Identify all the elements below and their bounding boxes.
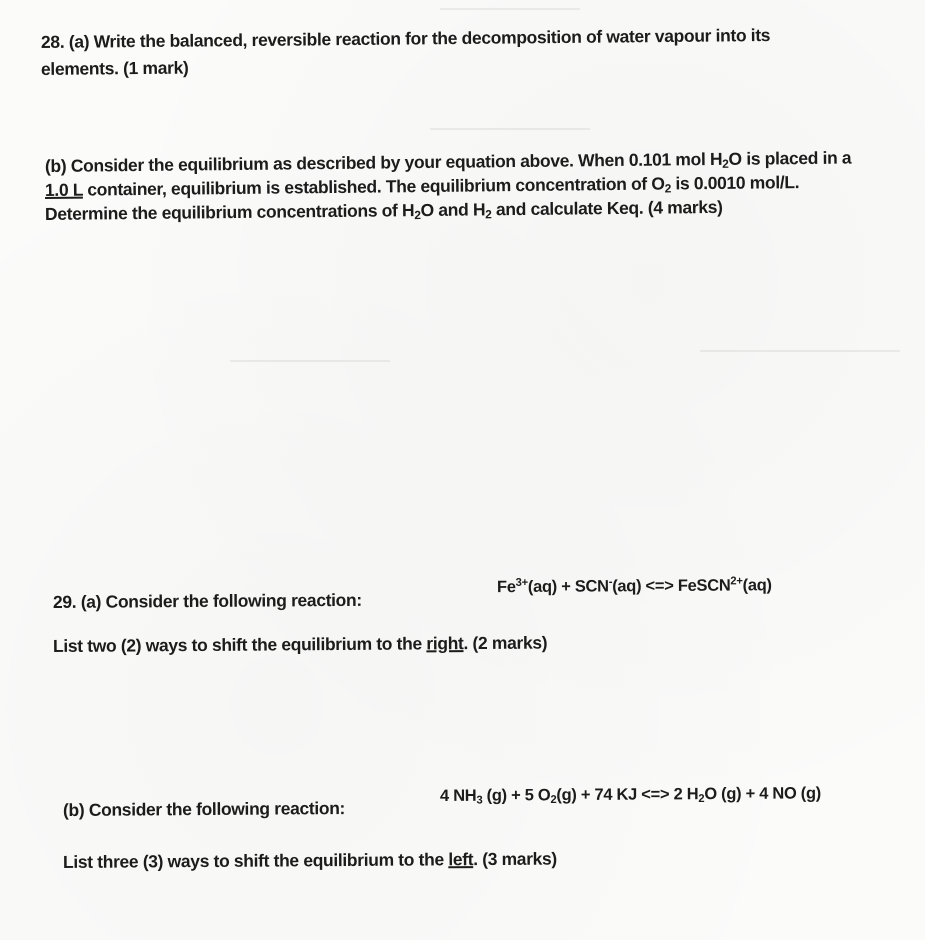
q28a-line-1: 28. (a) Write the balanced, reversible r… [41,25,770,53]
q29a-task: List two (2) ways to shift the equilibri… [53,633,547,657]
q29b-prompt: (b) Consider the following reaction: [63,798,345,821]
q29b-task: List three (3) ways to shift the equilib… [63,849,557,873]
direction-left: left [448,849,473,869]
q28b-line-3: Determine the equilibrium concentrations… [45,197,723,226]
q29b-equation: 4 NH3 (g) + 5 O2(g) + 74 KJ <=> 2 H2O (g… [440,784,821,806]
q28a-line-2: elements. (1 mark) [41,58,189,80]
worksheet-page: 28. (a) Write the balanced, reversible r… [0,0,925,940]
scan-artifact [430,128,590,130]
scan-artifact [230,360,390,362]
container-volume: 1.0 L [45,180,83,200]
q29a-prompt: 29. (a) Consider the following reaction: [53,590,362,613]
direction-right: right [426,633,463,653]
scan-artifact [700,350,900,352]
scan-artifact [440,8,580,10]
q29a-equation: Fe3+(aq) + SCN-(aq) <=> FeSCN2+(aq) [497,575,772,597]
